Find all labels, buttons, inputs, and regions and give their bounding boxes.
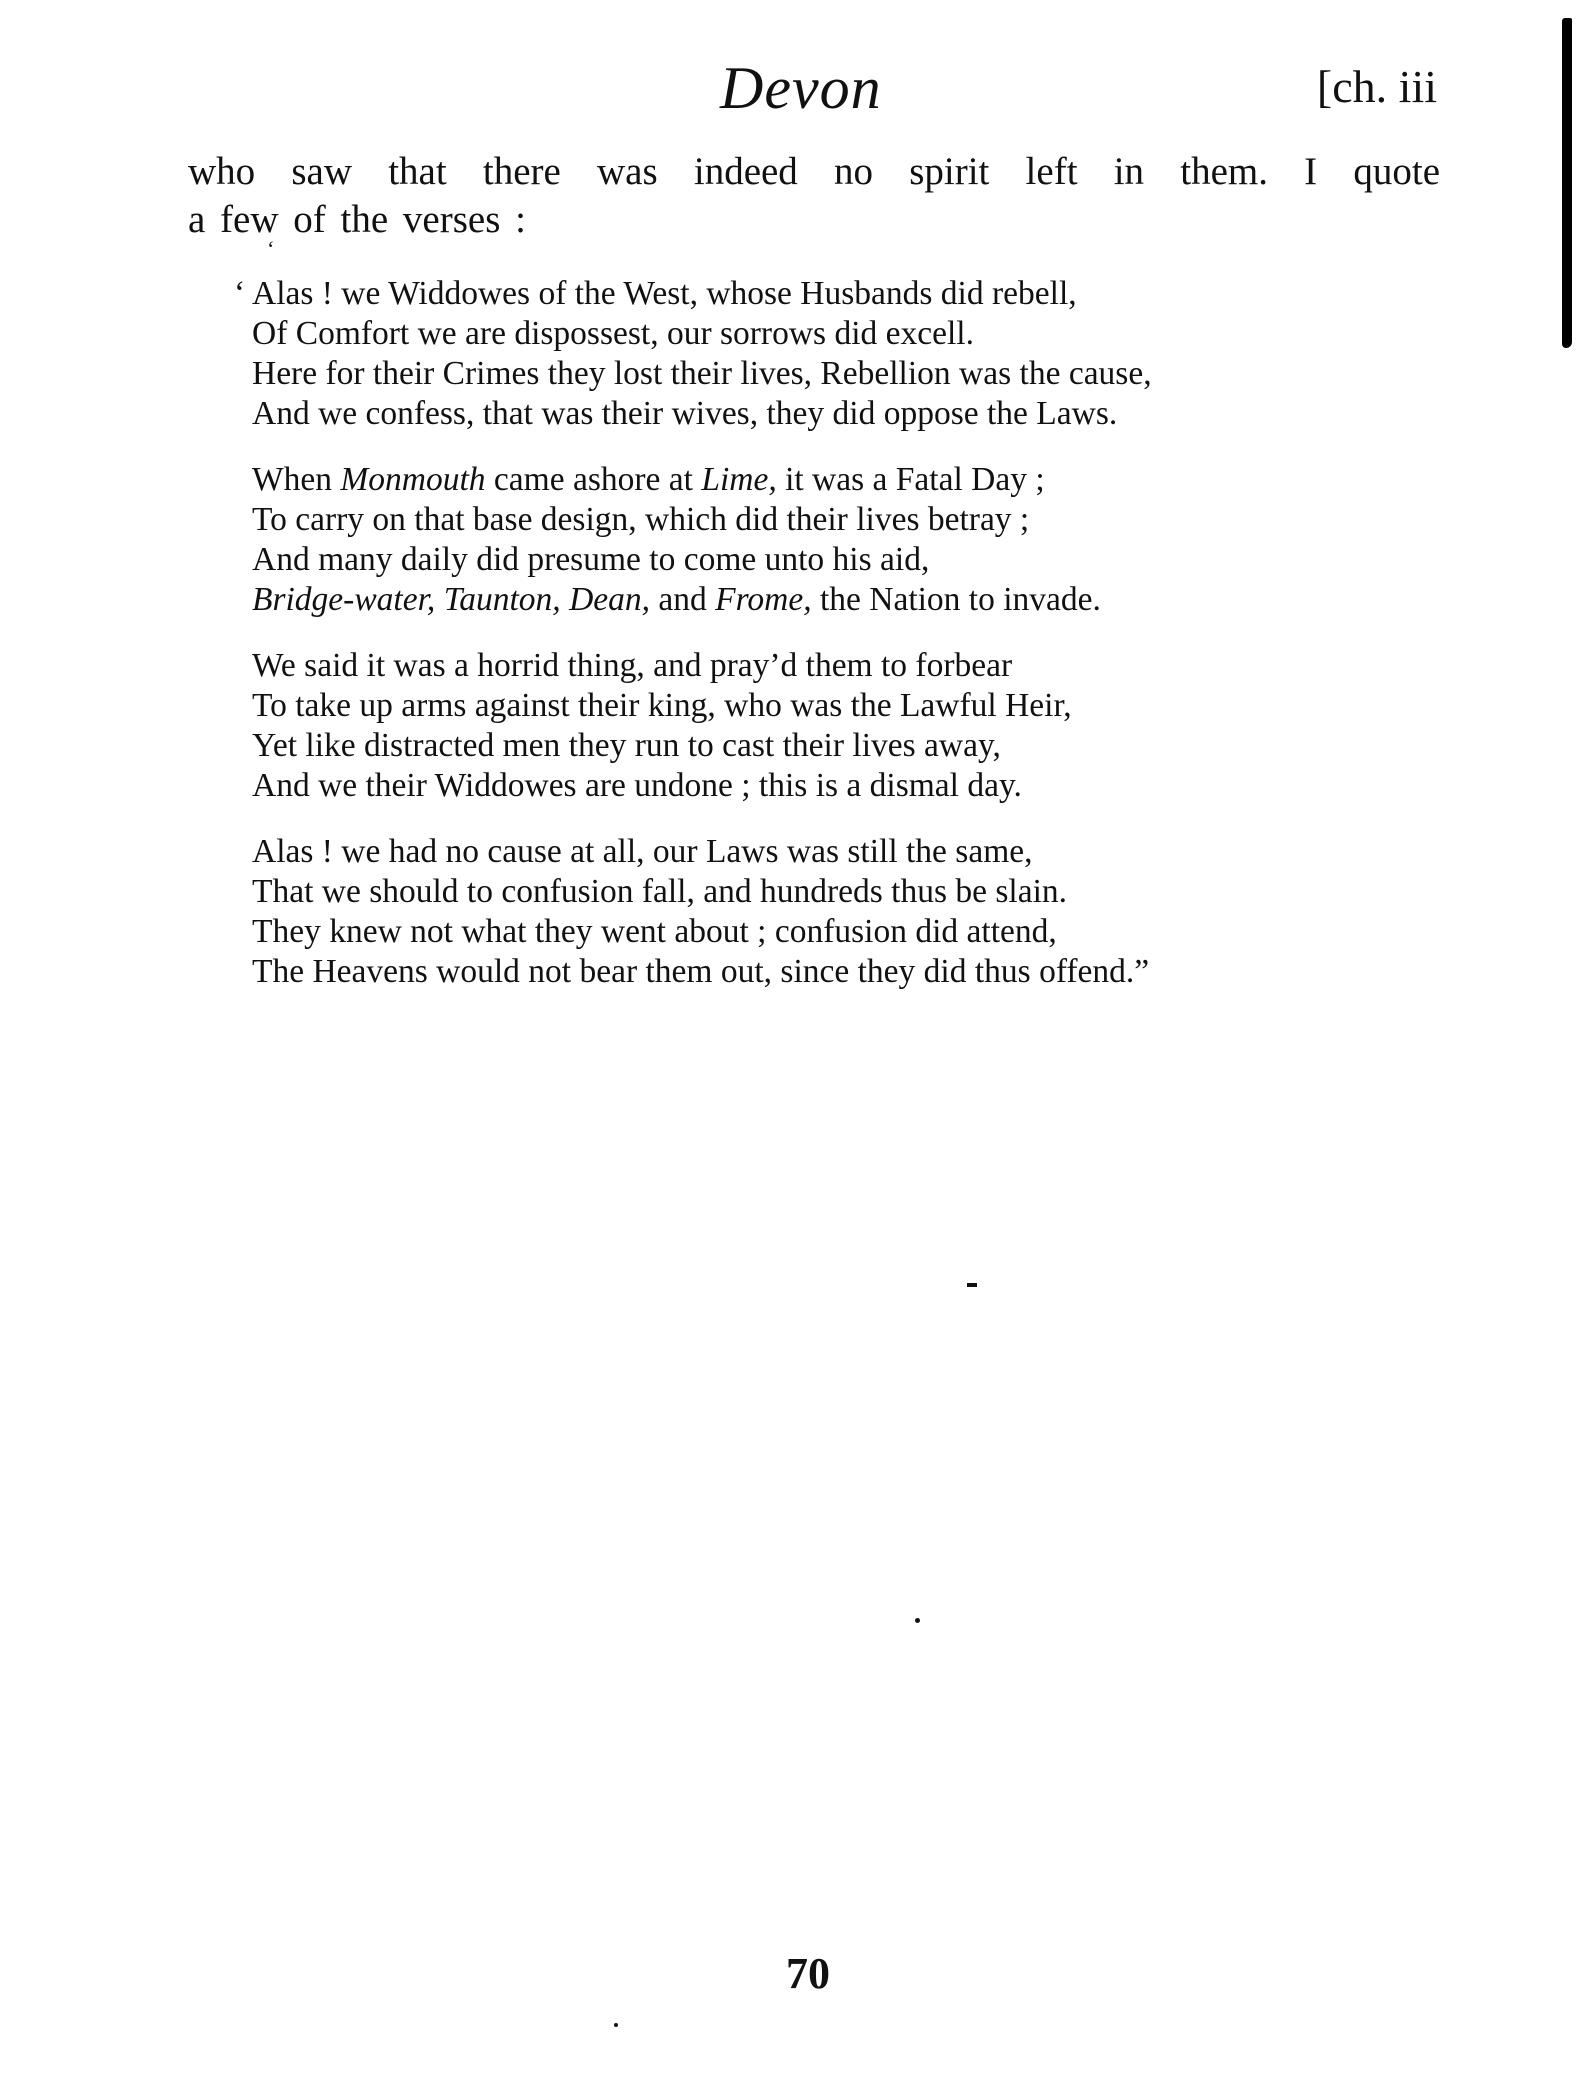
verse-line: Of Comfort we are dispossest, our sorrow… bbox=[252, 314, 1152, 354]
verse-text: Alas ! we Widdowes of the West, whose Hu… bbox=[252, 275, 1077, 312]
stanza: Alas ! we had no cause at all, our Laws … bbox=[252, 832, 1152, 992]
italic-place-name: Bridge-water, bbox=[252, 581, 435, 618]
verse-line: They knew not what they went about ; con… bbox=[252, 912, 1152, 952]
verse-text: And we their Widdowes are undone ; this … bbox=[252, 767, 1022, 804]
page-number: 70 bbox=[786, 1952, 830, 1996]
running-head-chapter: [ch. iii bbox=[1317, 64, 1437, 110]
stray-dot-mark bbox=[614, 2023, 618, 2027]
stanza: We said it was a horrid thing, and pray’… bbox=[252, 646, 1152, 806]
scan-edge-shadow bbox=[1562, 18, 1572, 348]
stray-dash-mark bbox=[967, 1283, 977, 1287]
verse-line: Alas ! we had no cause at all, our Laws … bbox=[252, 832, 1152, 872]
verse-text: Yet like distracted men they run to cast… bbox=[252, 727, 1001, 764]
body-line: who saw that there was indeed no spirit … bbox=[188, 148, 1440, 196]
verse-text: came ashore at bbox=[486, 461, 702, 498]
stray-dot-mark bbox=[915, 1618, 920, 1623]
body-paragraph: who saw that there was indeed no spirit … bbox=[188, 148, 1440, 244]
verse-text bbox=[561, 581, 569, 618]
verse-text: When bbox=[252, 461, 340, 498]
verse-text: it was a Fatal Day ; bbox=[777, 461, 1045, 498]
stray-mark: ‘ bbox=[266, 238, 273, 260]
italic-place-name: Lime, bbox=[701, 461, 776, 498]
verse-line: Yet like distracted men they run to cast… bbox=[252, 726, 1152, 766]
verse-line: That we should to confusion fall, and hu… bbox=[252, 872, 1152, 912]
body-line: a few of the verses : bbox=[188, 196, 1440, 244]
stanza-list: Alas ! we Widdowes of the West, whose Hu… bbox=[252, 274, 1152, 992]
verse-line: Here for their Crimes they lost their li… bbox=[252, 354, 1152, 394]
verse-line: Alas ! we Widdowes of the West, whose Hu… bbox=[252, 274, 1152, 314]
book-page: Devon [ch. iii who saw that there was in… bbox=[0, 0, 1585, 2085]
verse-text bbox=[435, 581, 443, 618]
opening-quote-mark: ‘ bbox=[234, 274, 245, 314]
verse-line: The Heavens would not bear them out, sin… bbox=[252, 952, 1152, 992]
quoted-poem: ‘ Alas ! we Widdowes of the West, whose … bbox=[252, 274, 1152, 1018]
running-head-title: Devon bbox=[720, 58, 882, 118]
verse-text: They knew not what they went about ; con… bbox=[252, 913, 1057, 950]
verse-text: We said it was a horrid thing, and pray’… bbox=[252, 647, 1012, 684]
verse-text: the Nation to invade. bbox=[812, 581, 1101, 618]
verse-line: We said it was a horrid thing, and pray’… bbox=[252, 646, 1152, 686]
verse-text: Here for their Crimes they lost their li… bbox=[252, 355, 1152, 392]
verse-line: And many daily did presume to come unto … bbox=[252, 540, 1152, 580]
italic-place-name: Taunton, bbox=[444, 581, 561, 618]
italic-place-name: Frome, bbox=[715, 581, 811, 618]
verse-text: To take up arms against their king, who … bbox=[252, 687, 1072, 724]
verse-line: To take up arms against their king, who … bbox=[252, 686, 1152, 726]
verse-text: And we confess, that was their wives, th… bbox=[252, 395, 1117, 432]
stanza: Alas ! we Widdowes of the West, whose Hu… bbox=[252, 274, 1152, 434]
verse-text: and bbox=[650, 581, 715, 618]
italic-place-name: Monmouth bbox=[340, 461, 485, 498]
verse-text: And many daily did presume to come unto … bbox=[252, 541, 929, 578]
verse-text: That we should to confusion fall, and hu… bbox=[252, 873, 1067, 910]
verse-line: When Monmouth came ashore at Lime, it wa… bbox=[252, 460, 1152, 500]
italic-place-name: Dean, bbox=[569, 581, 650, 618]
verse-text: Of Comfort we are dispossest, our sorrow… bbox=[252, 315, 974, 352]
verse-text: Alas ! we had no cause at all, our Laws … bbox=[252, 833, 1033, 870]
verse-line: To carry on that base design, which did … bbox=[252, 500, 1152, 540]
verse-text: The Heavens would not bear them out, sin… bbox=[252, 953, 1149, 990]
verse-line: And we their Widdowes are undone ; this … bbox=[252, 766, 1152, 806]
verse-text: To carry on that base design, which did … bbox=[252, 501, 1029, 538]
verse-line: And we confess, that was their wives, th… bbox=[252, 394, 1152, 434]
stanza: When Monmouth came ashore at Lime, it wa… bbox=[252, 460, 1152, 620]
verse-line: Bridge-water, Taunton, Dean, and Frome, … bbox=[252, 580, 1152, 620]
